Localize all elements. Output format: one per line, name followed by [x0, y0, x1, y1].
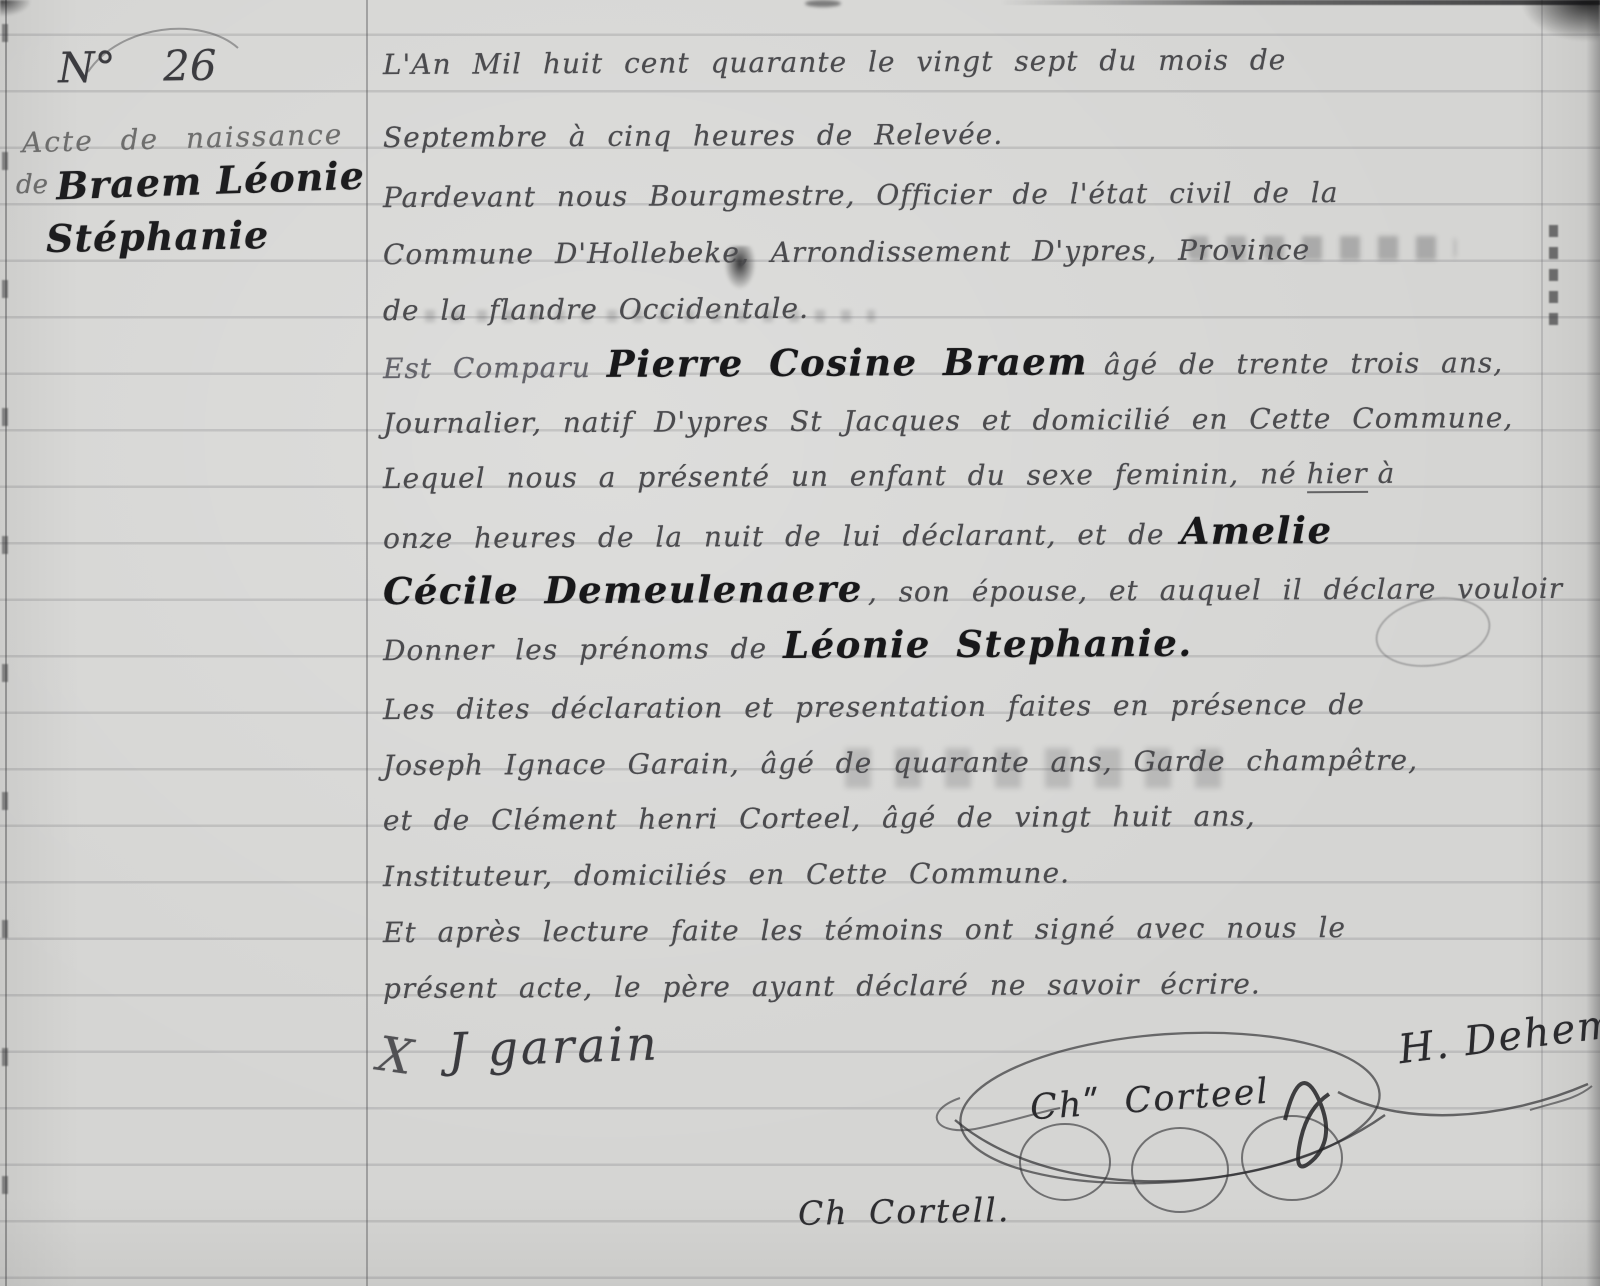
record-text-segment: onze heures de la nuit de lui déclarant,… — [383, 518, 1165, 555]
mother-name: Amelie — [1180, 508, 1332, 553]
left-margin-rule — [5, 0, 7, 1286]
record-text-segment: Et après lecture faite les témoins ont s… — [383, 911, 1346, 949]
record-line: Lequel nous a présenté un enfant du sexe… — [383, 456, 1553, 495]
record-line: présent acte, le père ayant déclaré ne s… — [383, 966, 1553, 1005]
record-text-segment: Journalier, natif D'ypres St Jacques et … — [383, 401, 1513, 440]
left-edge-ticks — [0, 0, 14, 1286]
mother-name: Cécile Demeulenaere — [383, 567, 863, 614]
record-line: Septembre à cinq heures de Relevée. — [383, 115, 1553, 154]
record-text-segment: à — [1378, 457, 1396, 490]
record-line: Instituteur, domiciliés en Cette Commune… — [383, 854, 1553, 893]
record-line: de la flandre Occidentale. — [383, 288, 1553, 327]
record-line: Pardevant nous Bourgmestre, Officier de … — [383, 175, 1553, 214]
scan-artifact-mark — [805, 0, 841, 7]
child-given-names: Léonie Stephanie. — [783, 621, 1193, 667]
record-line: Commune D'Hollebeke, Arrondissement D'yp… — [383, 232, 1553, 271]
scan-artifact-top-edge — [1000, 0, 1600, 5]
record-text-segment: L'An Mil huit cent quarante le vingt sep… — [383, 43, 1287, 81]
record-text-segment: Les dites déclaration et presentation fa… — [383, 688, 1365, 726]
record-text-segment: , son épouse, et auquel il déclare voulo… — [868, 572, 1563, 609]
signature-dehem-flourish — [1330, 1064, 1600, 1134]
scan-artifact-top-left — [0, 0, 30, 16]
underlined-word: hier — [1307, 457, 1368, 493]
record-text-segment: et de Clément henri Corteel, âgé de ving… — [383, 799, 1256, 837]
signature-garain: J garain — [447, 1016, 660, 1078]
record-text-segment: présent acte, le père ayant déclaré ne s… — [383, 967, 1261, 1005]
act-title-prefix: de — [16, 170, 48, 200]
record-text-segment: Lequel nous a présenté un enfant du sexe… — [383, 457, 1297, 495]
record-text-segment: Instituteur, domiciliés en Cette Commune… — [383, 856, 1070, 893]
record-text-segment: Joseph Ignace Garain, âgé de quarante an… — [383, 744, 1418, 782]
margin-separator-rule — [366, 0, 368, 1286]
record-line: Est ComparuPierre Cosine Braemâgé de tre… — [383, 341, 1553, 385]
archivist-note: Ch Cortell. — [798, 1190, 1011, 1233]
record-text-segment: de la flandre Occidentale. — [383, 292, 809, 327]
birth-record-scan: N° 26 Acte de naissance de Braem Léonie … — [0, 0, 1600, 1286]
record-text-segment: Donner les prénoms de — [383, 632, 767, 667]
record-line: Donner les prénoms deLéonie Stephanie. — [383, 623, 1553, 667]
record-text-segment: Septembre à cinq heures de Relevée. — [383, 118, 1003, 154]
act-number: N° 26 — [58, 41, 217, 93]
record-line: Journalier, natif D'ypres St Jacques et … — [383, 401, 1553, 440]
record-text-segment: Est Comparu — [383, 351, 591, 385]
record-text-segment: âgé de trente trois ans, — [1104, 346, 1503, 381]
record-line: Et après lecture faite les témoins ont s… — [383, 910, 1553, 949]
child-name-line2: Stéphanie — [46, 212, 270, 261]
record-text-segment: Commune D'Hollebeke, Arrondissement D'yp… — [383, 233, 1310, 271]
record-text-segment: Pardevant nous Bourgmestre, Officier de … — [383, 176, 1339, 214]
record-line: Les dites déclaration et presentation fa… — [383, 687, 1553, 726]
record-line: Cécile Demeulenaere, son épouse, et auqu… — [383, 567, 1553, 611]
record-line: et de Clément henri Corteel, âgé de ving… — [383, 798, 1553, 837]
scan-artifact-top-right — [1520, 0, 1600, 42]
record-line: onze heures de la nuit de lui déclarant,… — [383, 511, 1553, 555]
father-name: Pierre Cosine Braem — [607, 339, 1088, 386]
record-line: Joseph Ignace Garain, âgé de quarante an… — [383, 743, 1553, 782]
record-line: L'An Mil huit cent quarante le vingt sep… — [383, 42, 1553, 81]
